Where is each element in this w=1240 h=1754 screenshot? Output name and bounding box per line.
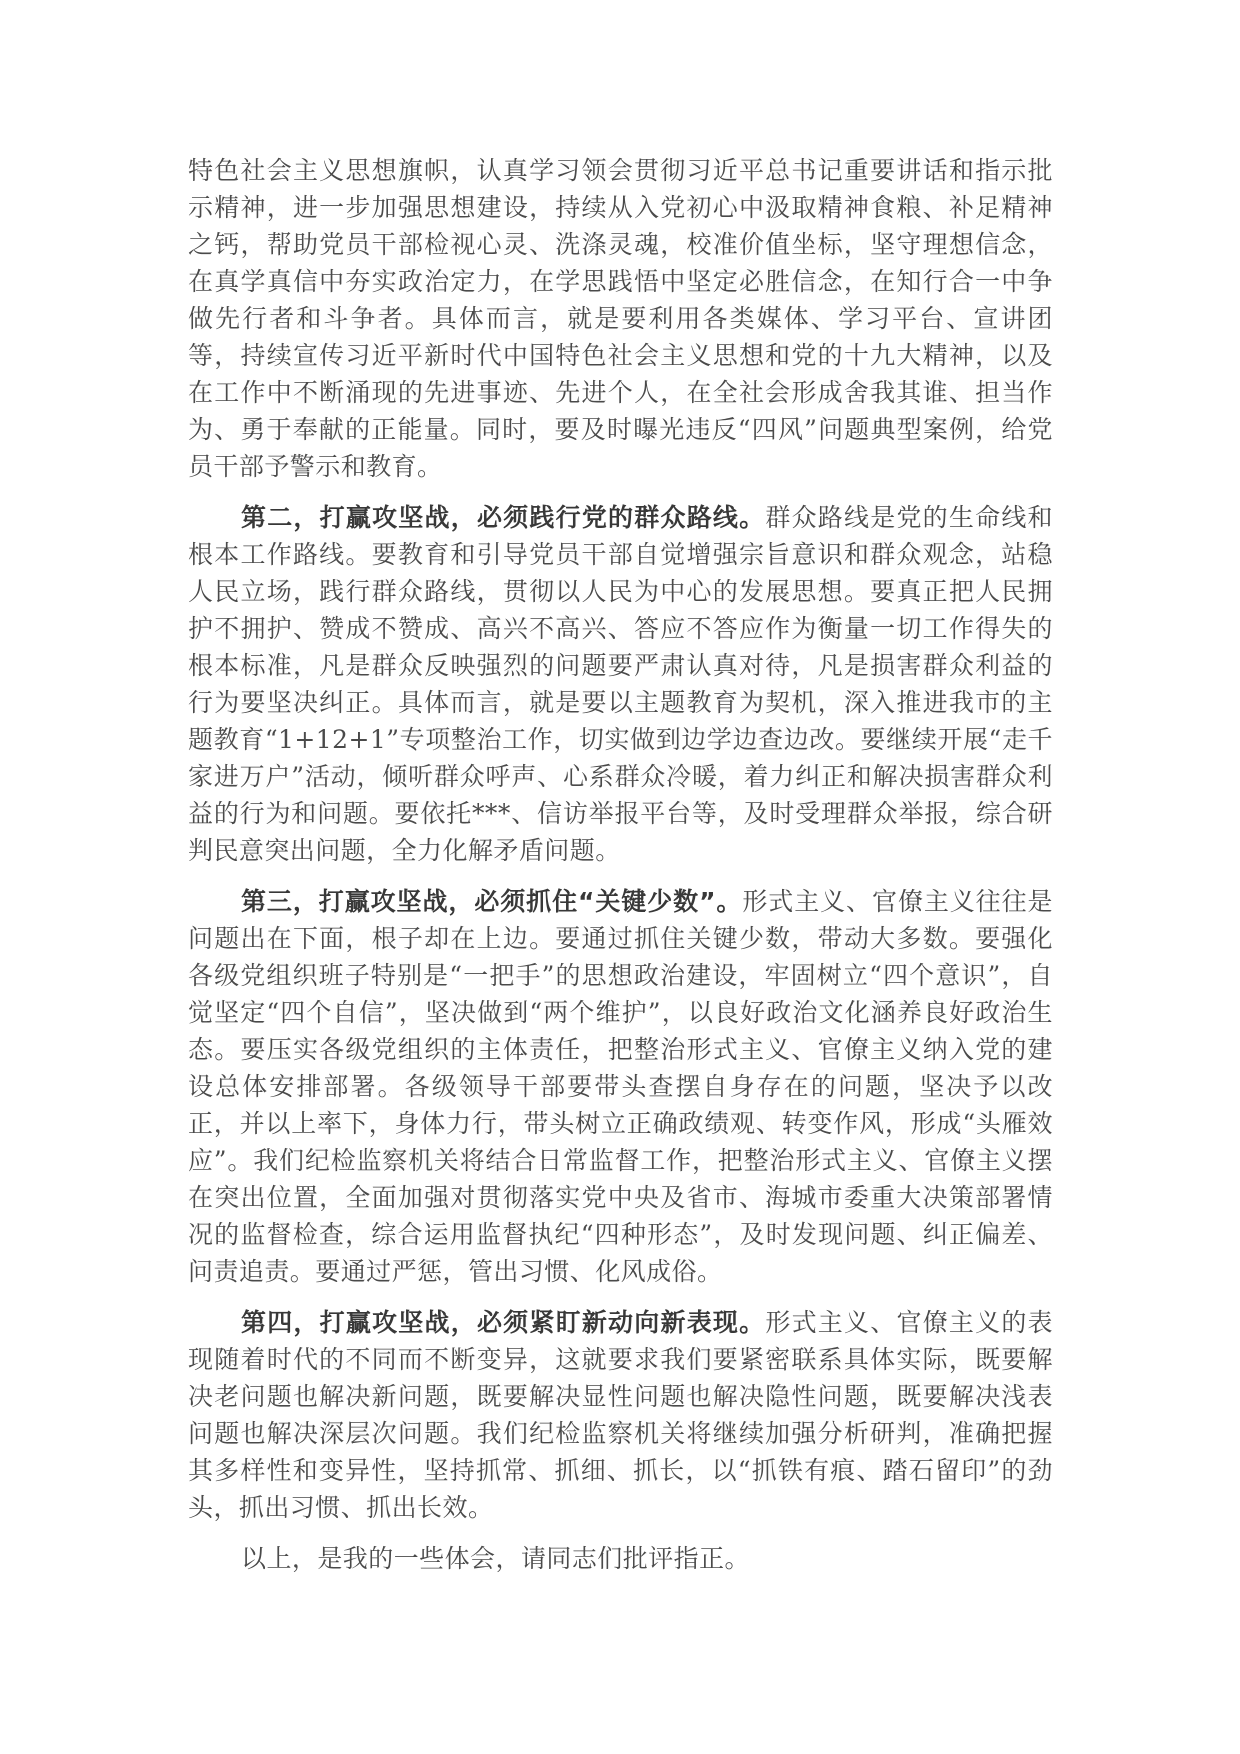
paragraph-continuation: 特色社会主义思想旗帜，认真学习领会贯彻习近平总书记重要讲话和指示批示精神，进一步… (188, 152, 1053, 485)
paragraph-text: 群众路线是党的生命线和根本工作路线。要教育和引导党员干部自觉增强宗旨意识和群众观… (188, 503, 1053, 865)
paragraph-text: 特色社会主义思想旗帜，认真学习领会贯彻习近平总书记重要讲话和指示批示精神，进一步… (188, 156, 1053, 481)
paragraph-lead: 第四，打赢攻坚战，必须紧盯新动向新表现。 (241, 1308, 765, 1337)
document-page: 特色社会主义思想旗帜，认真学习领会贯彻习近平总书记重要讲话和指示批示精神，进一步… (0, 0, 1240, 1754)
paragraph-text: 形式主义、官僚主义的表现随着时代的不同而不断变异，这就要求我们要紧密联系具体实际… (188, 1308, 1053, 1522)
paragraph-lead: 第三，打赢攻坚战，必须抓住“关键少数”。 (241, 887, 742, 916)
paragraph-text: 形式主义、官僚主义往往是问题出在下面，根子却在上边。要通过抓住关键少数，带动大多… (188, 887, 1053, 1286)
paragraph-lead: 第二，打赢攻坚战，必须践行党的群众路线。 (241, 503, 765, 532)
document-body: 特色社会主义思想旗帜，认真学习领会贯彻习近平总书记重要讲话和指示批示精神，进一步… (188, 152, 1053, 1577)
paragraph-point-4: 第四，打赢攻坚战，必须紧盯新动向新表现。形式主义、官僚主义的表现随着时代的不同而… (188, 1304, 1053, 1526)
paragraph-point-3: 第三，打赢攻坚战，必须抓住“关键少数”。形式主义、官僚主义往往是问题出在下面，根… (188, 883, 1053, 1290)
paragraph-point-2: 第二，打赢攻坚战，必须践行党的群众路线。群众路线是党的生命线和根本工作路线。要教… (188, 499, 1053, 869)
paragraph-text: 以上，是我的一些体会，请同志们批评指正。 (241, 1544, 750, 1573)
paragraph-closing: 以上，是我的一些体会，请同志们批评指正。 (188, 1540, 1053, 1577)
